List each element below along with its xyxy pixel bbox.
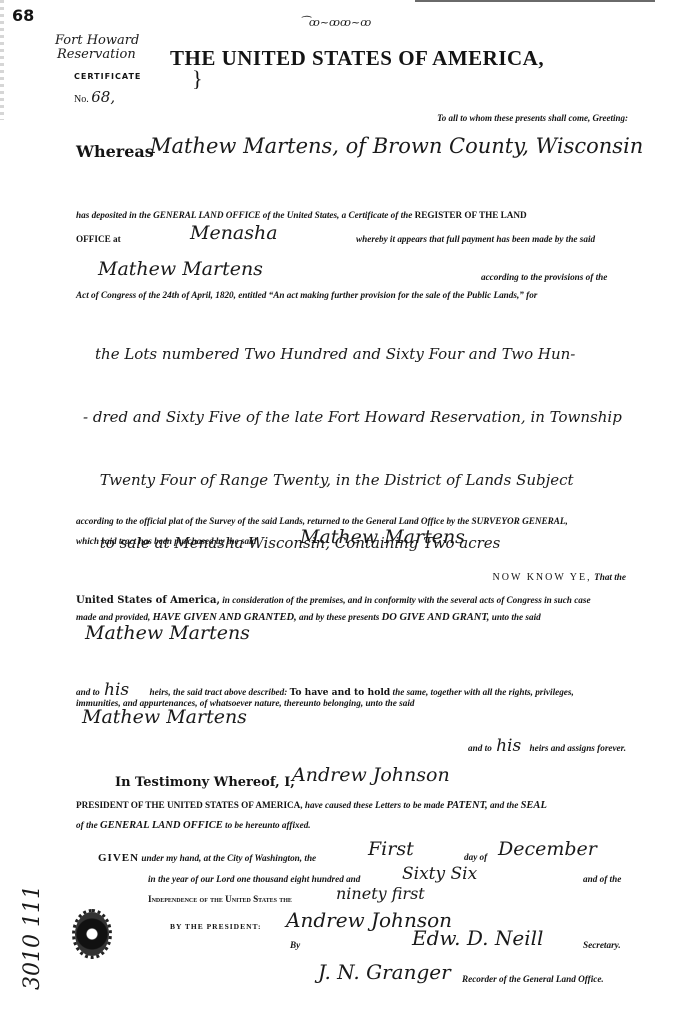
text: PRESIDENT OF THE UNITED STATES OF AMERIC…: [76, 800, 303, 810]
his-handwritten: his: [104, 680, 129, 700]
heirs-line: and to his heirs, the said tract above d…: [76, 680, 574, 700]
text: SEAL: [521, 800, 547, 811]
text: heirs, the said tract above described:: [149, 687, 287, 697]
page-number: 68: [12, 6, 34, 25]
text: GIVEN: [98, 852, 139, 864]
text: heirs and assigns forever.: [530, 743, 626, 753]
payee-handwritten: Mathew Martens: [98, 258, 263, 280]
text: OFFICE at: [76, 234, 121, 244]
now-know-ye: NOW KNOW YE, That the: [493, 572, 627, 583]
provisions-line: according to the provisions of the: [481, 272, 607, 282]
secretary-signature: Edw. D. Neill: [412, 926, 543, 950]
handwritten-annotation-top: ⁀ꝏ~ꝏꝏ~ꝏ: [300, 16, 371, 29]
text: GENERAL LAND OFFICE: [153, 210, 260, 220]
text: and the: [490, 800, 518, 810]
deposit-line: has deposited in the GENERAL LAND OFFICE…: [76, 210, 527, 220]
land-office-handwritten: Menasha: [190, 222, 278, 244]
scan-edge-bar: [415, 0, 655, 2]
grantee-handwritten: Mathew Martens: [85, 622, 250, 644]
by-label: By: [290, 940, 300, 950]
greeting: To all to whom these presents shall come…: [437, 113, 628, 123]
text: and to: [468, 743, 492, 753]
document-title: THE UNITED STATES OF AMERICA,: [170, 46, 544, 71]
text: in consideration of the premises, and in…: [222, 595, 590, 605]
text: PATENT,: [447, 800, 488, 811]
given-line: GIVEN under my hand, at the City of Wash…: [98, 852, 316, 864]
text: unto the said: [492, 612, 541, 622]
land-desc-line: - dred and Sixty Five of the late Fort H…: [83, 407, 622, 428]
independence-line: Independence of the United States the: [148, 894, 292, 904]
text: DO GIVE AND GRANT,: [382, 612, 490, 623]
text: under my hand, at the City of Washington…: [141, 853, 316, 863]
certificate-label: CERTIFICATE: [74, 72, 141, 81]
reservation-note: Fort Howard Reservation: [55, 34, 139, 62]
text: has deposited in the: [76, 210, 151, 220]
by-president-label: BY THE PRESIDENT:: [170, 922, 261, 931]
seal-line: of the GENERAL LAND OFFICE to be hereunt…: [76, 820, 311, 831]
text: NOW KNOW YE,: [493, 572, 592, 583]
text: and by these presents: [299, 612, 379, 622]
whereas-handwritten: Mathew Martens, of Brown County, Wiscons…: [150, 134, 643, 158]
scan-left-edge: [0, 0, 4, 120]
text: GENERAL LAND OFFICE: [100, 820, 223, 831]
text: of the United States, a Certificate of t…: [263, 210, 413, 220]
year-handwritten: Sixty Six: [402, 864, 477, 884]
payment-line: whereby it appears that full payment has…: [356, 234, 595, 244]
text: have caused these Letters to be made: [305, 800, 444, 810]
consideration-line: United States of America, in considerati…: [76, 595, 591, 606]
text: to be hereunto affixed.: [225, 820, 311, 830]
act-line: Act of Congress of the 24th of April, 18…: [76, 290, 537, 300]
certificate-no-value: 68,: [91, 88, 115, 106]
testimony-label: In Testimony Whereof, I,: [115, 775, 295, 790]
land-office-seal: [75, 912, 109, 956]
day-of-label: day of: [464, 852, 487, 862]
independence-handwritten: ninety first: [336, 884, 425, 903]
land-desc-line: the Lots numbered Two Hundred and Sixty …: [95, 344, 622, 365]
president-signature-testimony: Andrew Johnson: [292, 764, 450, 786]
survey-line: according to the official plat of the Su…: [76, 516, 568, 526]
text: REGISTER OF THE LAND: [415, 210, 527, 220]
text: the same, together with all the rights, …: [393, 687, 574, 697]
land-desc-line: Twenty Four of Range Twenty, in the Dist…: [95, 470, 622, 491]
month-handwritten: December: [498, 838, 597, 860]
office-label: OFFICE at: [76, 234, 121, 244]
reservation-line-1: Fort Howard: [55, 34, 139, 48]
text: of the: [76, 820, 98, 830]
recorder-label: Recorder of the General Land Office.: [462, 974, 604, 984]
year-line: in the year of our Lord one thousand eig…: [148, 874, 360, 884]
and-of-the: and of the: [583, 874, 621, 884]
purchased-line: which said tract has been purchased by t…: [76, 536, 256, 546]
day-handwritten: First: [368, 838, 414, 860]
forever-line: and to his heirs and assigns forever.: [468, 736, 626, 756]
certificate-no-label: No.: [74, 94, 89, 105]
text: made and provided,: [76, 612, 150, 622]
reservation-line-2: Reservation: [55, 48, 139, 62]
brace-decoration: }: [192, 66, 203, 92]
president-line: PRESIDENT OF THE UNITED STATES OF AMERIC…: [76, 800, 547, 811]
his-handwritten: his: [496, 736, 521, 756]
margin-handwritten-number: 3010 111: [20, 885, 45, 990]
grantee-handwritten-2: Mathew Martens: [82, 706, 247, 728]
text: and to: [76, 687, 100, 697]
certificate-number: No. 68,: [74, 88, 115, 106]
text: United States of America,: [76, 595, 220, 606]
recorder-signature: J. N. Granger: [318, 960, 451, 984]
secretary-label: Secretary.: [583, 940, 621, 950]
text: That the: [594, 572, 626, 582]
text: To have and to hold: [290, 687, 391, 698]
whereas-label: Whereas: [76, 142, 154, 161]
purchaser-handwritten: Mathew Martens: [300, 526, 465, 548]
